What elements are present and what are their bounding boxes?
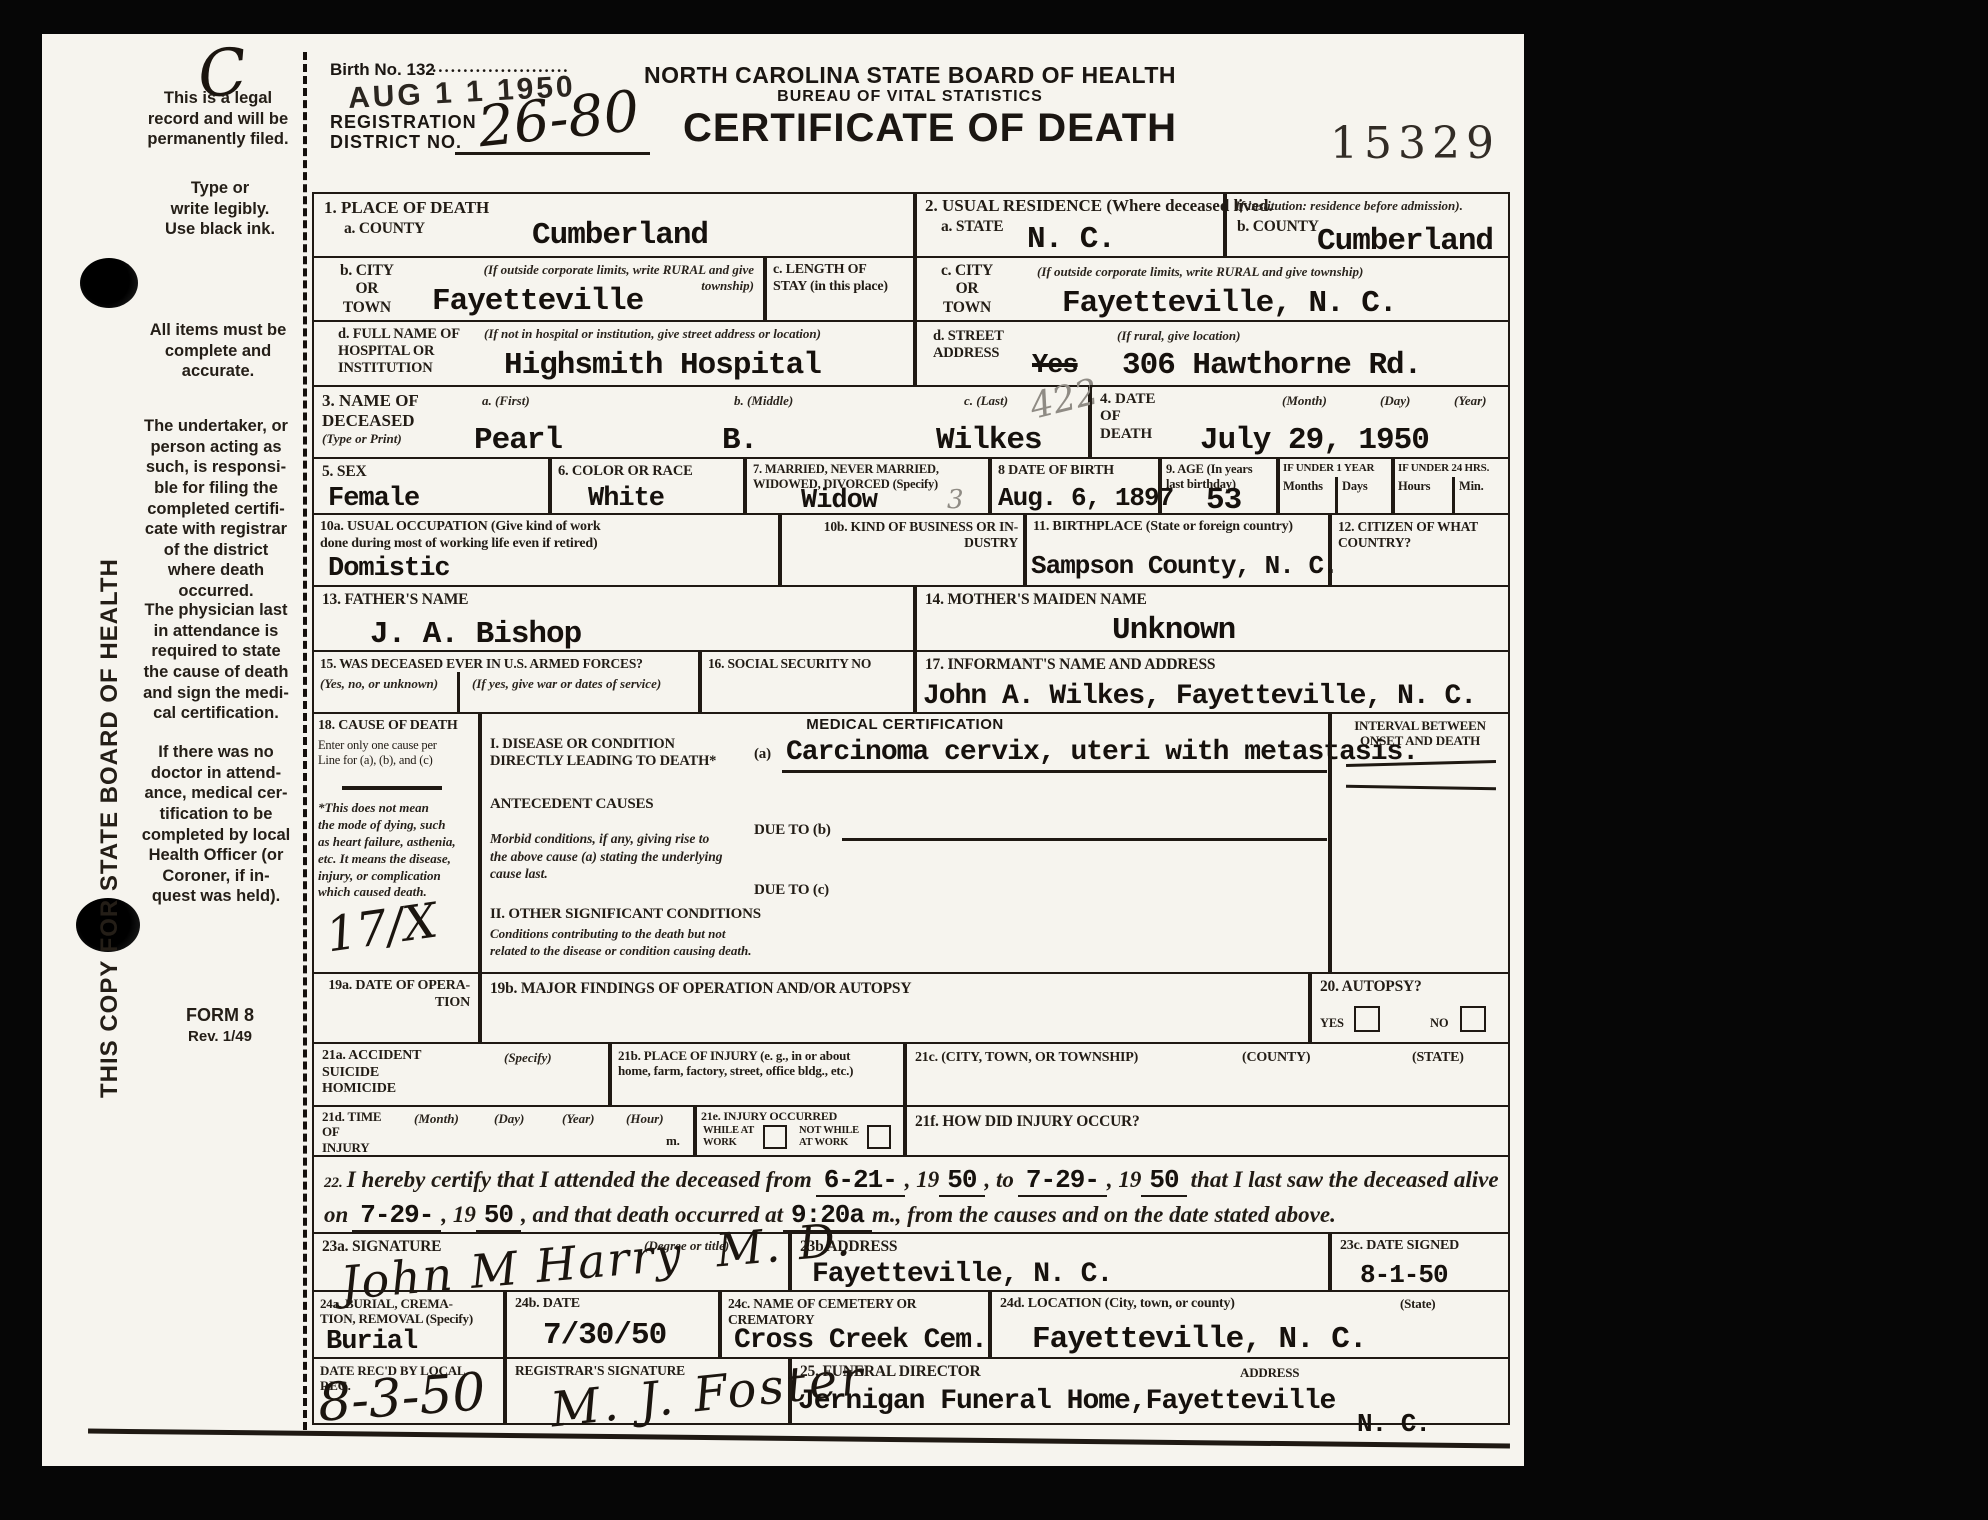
cell-kind-of-business: 10b. KIND OF BUSINESS OR IN- DUSTRY — [780, 513, 1025, 587]
toi-month: (Month) — [414, 1111, 459, 1127]
race-label: 6. COLOR OR RACE — [558, 463, 693, 480]
residence-county-label: b. COUNTY — [1237, 218, 1319, 236]
cause-one-per-line: Enter only one cause per Line for (a), (… — [318, 738, 437, 768]
place-of-injury-label: 21b. PLACE OF INJURY (e. g., in or about… — [618, 1048, 853, 1079]
cell-marital-status: 7. MARRIED, NEVER MARRIED, WIDOWED, DIVO… — [745, 457, 990, 515]
residence-city-hint: (If outside corporate limits, write RURA… — [1037, 264, 1477, 280]
birth-no-label: Birth No. 132 — [330, 60, 435, 80]
marital-value: Widow — [801, 487, 877, 515]
cell-funeral-director: 25. FUNERAL DIRECTOR ADDRESS Jernigan Fu… — [790, 1357, 1510, 1425]
major-findings-label: 19b. MAJOR FINDINGS OF OPERATION AND/OR … — [490, 980, 911, 998]
cell-interval: INTERVAL BETWEEN ONSET AND DEATH — [1330, 712, 1510, 974]
how-injury-label: 21f. HOW DID INJURY OCCUR? — [915, 1113, 1140, 1131]
cause-col-rule — [342, 786, 442, 790]
form-revision: Rev. 1/49 — [160, 1028, 280, 1047]
cell-burial: 24a. BURIAL, CREMA- TION, REMOVAL (Speci… — [312, 1290, 505, 1359]
street-address-hint: (If rural, give location) — [1117, 328, 1241, 344]
middle-name-label: b. (Middle) — [734, 393, 793, 409]
accident-label: 21a. ACCIDENT SUICIDE HOMICIDE — [322, 1048, 421, 1098]
registration-label: REGISTRATION — [330, 112, 477, 133]
birthplace-value: Sampson County, N. C. — [1031, 553, 1338, 580]
certify-text-2: , 19 — [905, 1167, 940, 1192]
cause-a-tag: (a) — [754, 746, 771, 764]
cell-occupation: 10a. USUAL OCCUPATION (Give kind of work… — [312, 513, 780, 587]
last-name-value: Wilkes — [936, 425, 1042, 458]
sex-label: 5. SEX — [322, 463, 366, 481]
autopsy-label: 20. AUTOPSY? — [1320, 978, 1422, 996]
autopsy-yes-label: YES — [1320, 1016, 1344, 1031]
not-while-at-work-checkbox — [867, 1125, 891, 1149]
margin-note-legal: This is a legal record and will be perma… — [138, 88, 298, 150]
margin-note-undertaker: The undertaker, or person acting as such… — [134, 416, 298, 602]
signer-address-label: 23b ADDRESS — [800, 1238, 897, 1256]
burial-date-value: 7/30/50 — [543, 1320, 666, 1353]
injury-county-label: (COUNTY) — [1242, 1050, 1310, 1067]
funeral-address-label: ADDRESS — [1240, 1365, 1299, 1380]
cell-date-signed: 23c. DATE SIGNED 8-1-50 — [1330, 1232, 1510, 1292]
due-to-b-line — [842, 838, 1327, 841]
morbid-note: Morbid conditions, if any, giving rise t… — [490, 830, 723, 883]
state-value: N. C. — [1027, 224, 1115, 257]
injury-occurred-label: 21e. INJURY OCCURRED — [701, 1109, 837, 1123]
bureau-subtitle: BUREAU OF VITAL STATISTICS — [560, 88, 1260, 106]
occupation-value: Domistic — [328, 555, 450, 583]
cell-color-or-race: 6. COLOR OR RACE White — [550, 457, 745, 515]
cell-date-of-death: 4. DATE OF DEATH (Month) (Day) (Year) Ju… — [1090, 385, 1510, 459]
certify-from-date: 6-21- — [816, 1165, 905, 1197]
cell-how-injury-occurred: 21f. HOW DID INJURY OCCUR? — [905, 1105, 1510, 1157]
cell-time-of-injury: 21d. TIME OF INJURY (Month) (Day) (Year)… — [312, 1105, 695, 1157]
cell-informant: 17. INFORMANT'S NAME AND ADDRESS John A.… — [915, 650, 1510, 714]
form-number: FORM 8 — [160, 1004, 280, 1027]
district-no-label: DISTRICT NO. — [330, 132, 462, 153]
citizen-label: 12. CITIZEN OF WHAT COUNTRY? — [1338, 519, 1478, 551]
under1yr-divider — [1335, 477, 1338, 514]
months-label: Months — [1283, 479, 1323, 494]
under24-label: IF UNDER 24 HRS. — [1398, 462, 1489, 475]
min-label: Min. — [1459, 479, 1484, 494]
mother-value: Unknown — [1112, 615, 1235, 648]
burial-date-label: 24b. DATE — [515, 1296, 580, 1313]
cell-father-name: 13. FATHER'S NAME J. A. Bishop — [312, 585, 915, 652]
place-of-death-label: 1. PLACE OF DEATH — [324, 198, 489, 218]
institution-hint: If institution: residence before admissi… — [1235, 198, 1505, 214]
days-label: Days — [1342, 479, 1368, 494]
toi-m-suffix: m. — [666, 1133, 680, 1148]
interval-label: INTERVAL BETWEEN ONSET AND DEATH — [1336, 718, 1504, 749]
certify-alive-date: 7-29- — [352, 1200, 441, 1232]
street-address-value: 306 Hawthorne Rd. — [1122, 350, 1421, 383]
time-of-injury-label: 21d. TIME OF INJURY — [322, 1109, 381, 1155]
certify-text-1: I hereby certify that I attended the dec… — [347, 1167, 812, 1192]
burial-label: 24a. BURIAL, CREMA- TION, REMOVAL (Speci… — [320, 1296, 473, 1327]
injury-state-label: (STATE) — [1412, 1050, 1464, 1067]
cell-burial-date: 24b. DATE 7/30/50 — [505, 1290, 720, 1359]
city-value: Fayetteville — [432, 286, 643, 319]
middle-name-value: B. — [722, 425, 757, 458]
cell-certify-statement: 22. I hereby certify that I attended the… — [312, 1155, 1510, 1234]
accident-specify-hint: (Specify) — [504, 1050, 552, 1066]
certify-to-date: 7-29- — [1018, 1165, 1107, 1197]
cell-cemetery: 24c. NAME OF CEMETERY OR CREMATORY Cross… — [720, 1290, 990, 1359]
dob-value: Aug. 6, 1897 — [998, 485, 1173, 512]
residence-city-label: c. CITY OR TOWN — [941, 262, 993, 317]
death-certificate-scan: C This is a legal record and will be per… — [0, 0, 1988, 1520]
occupation-label: 10a. USUAL OCCUPATION (Give kind of work… — [320, 519, 600, 552]
date-signed-label: 23c. DATE SIGNED — [1340, 1238, 1459, 1255]
cell-ssn: 16. SOCIAL SECURITY NO — [700, 650, 915, 714]
interval-line2 — [1346, 785, 1496, 790]
cell-name-of-deceased: 3. NAME OF DECEASED (Type or Print) a. (… — [312, 385, 1090, 459]
first-name-value: Pearl — [474, 425, 562, 458]
toi-hour: (Hour) — [626, 1111, 664, 1127]
armed-forces-divider — [457, 672, 460, 713]
informant-label: 17. INFORMANT'S NAME AND ADDRESS — [925, 656, 1215, 674]
date-of-death-value: July 29, 1950 — [1200, 425, 1429, 458]
cell-if-under-1-year: IF UNDER 1 YEAR Months Days — [1278, 457, 1393, 515]
cause-a-underline — [782, 770, 1327, 773]
date-received-value: 8-3-50 — [316, 1366, 487, 1430]
last-name-label: c. (Last) — [964, 393, 1008, 409]
toi-year: (Year) — [562, 1111, 595, 1127]
residence-city-value: Fayetteville, N. C. — [1062, 288, 1396, 321]
business-label: 10b. KIND OF BUSINESS OR IN- DUSTRY — [788, 519, 1018, 551]
sex-value: Female — [328, 485, 419, 513]
other-conditions-label: II. OTHER SIGNIFICANT CONDITIONS — [490, 906, 761, 924]
cell-if-under-24-hrs: IF UNDER 24 HRS. Hours Min. — [1393, 457, 1510, 515]
ssn-label: 16. SOCIAL SECURITY NO — [708, 656, 871, 672]
under1yr-label: IF UNDER 1 YEAR — [1283, 462, 1374, 475]
cell-autopsy: 20. AUTOPSY? YES NO — [1310, 972, 1510, 1044]
cell-accident-suicide: 21a. ACCIDENT SUICIDE HOMICIDE (Specify) — [312, 1042, 610, 1107]
cell-city-of-death: b. CITY OR TOWN (If outside corporate li… — [312, 256, 765, 322]
date-of-death-label: 4. DATE OF DEATH — [1100, 391, 1156, 443]
birthplace-label: 11. BIRTHPLACE (State or foreign country… — [1033, 519, 1293, 536]
signer-address-value: Fayetteville, N. C. — [812, 1260, 1112, 1289]
name-label: 3. NAME OF DECEASED — [322, 391, 419, 430]
certify-to-year: 50 — [1141, 1165, 1186, 1197]
autopsy-yes-checkbox — [1354, 1006, 1380, 1032]
not-while-at-work-label: NOT WHILE AT WORK — [799, 1125, 859, 1150]
cell-injury-city: 21c. (CITY, TOWN, OR TOWNSHIP) (COUNTY) … — [905, 1042, 1510, 1107]
other-conditions-note: Conditions contributing to the death but… — [490, 926, 751, 960]
while-at-work-checkbox — [763, 1125, 787, 1149]
county-label: a. COUNTY — [344, 220, 425, 238]
cell-length-of-stay: c. LENGTH OF STAY (in this place) — [765, 256, 915, 322]
certify-alive-year: 50 — [476, 1200, 521, 1232]
armed-forces-hint2: (If yes, give war or dates of service) — [472, 676, 661, 692]
cell-injury-occurred: 21e. INJURY OCCURRED WHILE AT WORK NOT W… — [695, 1105, 905, 1157]
cell-cause-of-death-col: 18. CAUSE OF DEATH Enter only one cause … — [312, 712, 480, 974]
burial-value: Burial — [326, 1328, 417, 1356]
dod-day-label: (Day) — [1380, 393, 1410, 409]
mother-label: 14. MOTHER'S MAIDEN NAME — [925, 591, 1147, 609]
funeral-director-state: N. C. — [1357, 1411, 1430, 1438]
certify-number: 22. — [324, 1175, 343, 1191]
while-at-work-label: WHILE AT WORK — [703, 1125, 754, 1150]
pencil-mark-marital: 3 — [947, 487, 964, 513]
father-value: J. A. Bishop — [370, 619, 581, 652]
funeral-director-value: Jernigan Funeral Home,Fayetteville — [798, 1387, 1335, 1416]
autopsy-no-label: NO — [1430, 1016, 1448, 1031]
cell-residence-state: 2. USUAL RESIDENCE (Where deceased lived… — [915, 192, 1225, 258]
cemetery-state-label: (State) — [1400, 1296, 1435, 1311]
cell-place-of-injury: 21b. PLACE OF INJURY (e. g., in or about… — [610, 1042, 905, 1107]
name-hint: (Type or Print) — [322, 431, 402, 447]
city-label: b. CITY OR TOWN — [340, 262, 394, 317]
hospital-hint: (If not in hospital or institution, give… — [484, 326, 904, 342]
cause-footnote: *This does not mean the mode of dying, s… — [318, 800, 456, 901]
informant-value: John A. Wilkes, Fayetteville, N. C. — [923, 682, 1476, 711]
due-to-b-label: DUE TO (b) — [754, 822, 831, 840]
cell-date-of-birth: 8 DATE OF BIRTH Aug. 6, 1897 — [990, 457, 1160, 515]
margin-divider — [303, 52, 307, 1430]
certify-text-4: , 19 — [1107, 1167, 1142, 1192]
race-value: White — [588, 485, 664, 513]
first-name-label: a. (First) — [482, 393, 530, 409]
cell-medical-certification: MEDICAL CERTIFICATION I. DISEASE OR COND… — [480, 712, 1330, 974]
armed-forces-label: 15. WAS DECEASED EVER IN U.S. ARMED FORC… — [320, 656, 690, 672]
cause-of-death-label: 18. CAUSE OF DEATH — [318, 718, 458, 735]
father-label: 13. FATHER'S NAME — [322, 591, 468, 609]
cell-major-findings: 19b. MAJOR FINDINGS OF OPERATION AND/OR … — [480, 972, 1310, 1044]
cause-a-value: Carcinoma cervix, uteri with metastasis. — [786, 738, 1418, 767]
cell-hospital: d. FULL NAME OF HOSPITAL OR INSTITUTION … — [312, 320, 915, 387]
cell-mother-name: 14. MOTHER'S MAIDEN NAME Unknown — [915, 585, 1510, 652]
cell-sex: 5. SEX Female — [312, 457, 550, 515]
date-of-operation-label: 19a. DATE OF OPERA- TION — [320, 978, 470, 1011]
dob-label: 8 DATE OF BIRTH — [998, 463, 1114, 480]
injury-city-label: 21c. (CITY, TOWN, OR TOWNSHIP) — [915, 1050, 1138, 1067]
cemetery-location-value: Fayetteville, N. C. — [1032, 1324, 1366, 1357]
cemetery-label: 24c. NAME OF CEMETERY OR CREMATORY — [728, 1296, 988, 1328]
cell-date-of-operation: 19a. DATE OF OPERA- TION — [312, 972, 480, 1044]
certify-text-3: , to — [985, 1167, 1014, 1192]
vertical-copy-text: THIS COPY FOR STATE BOARD OF HEALTH — [96, 408, 124, 1098]
cell-age: 9. AGE (In years last birthday) 53 — [1160, 457, 1278, 515]
due-to-c-label: DUE TO (c) — [754, 882, 829, 900]
handwritten-mark-17x: 17/X — [323, 896, 440, 959]
cell-citizen: 12. CITIZEN OF WHAT COUNTRY? — [1330, 513, 1510, 587]
county-value: Cumberland — [532, 220, 708, 253]
dod-year-label: (Year) — [1454, 393, 1487, 409]
cell-street-address: d. STREET ADDRESS (If rural, give locati… — [915, 320, 1510, 387]
hospital-label: d. FULL NAME OF HOSPITAL OR INSTITUTION — [338, 326, 460, 377]
street-address-label: d. STREET ADDRESS — [933, 328, 1004, 362]
interval-line1 — [1346, 760, 1496, 766]
toi-day: (Day) — [494, 1111, 524, 1127]
length-of-stay-label: c. LENGTH OF STAY (in this place) — [773, 262, 888, 295]
punch-hole-top — [80, 258, 138, 308]
cell-signer-address: 23b ADDRESS Fayetteville, N. C. — [790, 1232, 1330, 1292]
cell-residence-county: If institution: residence before admissi… — [1225, 192, 1510, 258]
armed-forces-hint1: (Yes, no, or unknown) — [320, 676, 438, 692]
hospital-value: Highsmith Hospital — [504, 350, 821, 383]
under24-divider — [1452, 477, 1455, 514]
cell-birthplace: 11. BIRTHPLACE (State or foreign country… — [1025, 513, 1330, 587]
disease-condition-label: I. DISEASE OR CONDITION DIRECTLY LEADING… — [490, 736, 716, 770]
certificate-title: CERTIFICATE OF DEATH — [620, 106, 1240, 151]
state-label: a. STATE — [941, 218, 1003, 236]
cemetery-location-label: 24d. LOCATION (City, town, or county) — [1000, 1296, 1235, 1313]
district-no-underline — [455, 152, 650, 155]
certificate-number: 15329 — [1330, 118, 1500, 169]
certify-text-8: m., from the causes and on the date stat… — [872, 1202, 1336, 1227]
certify-text-6: , 19 — [441, 1202, 476, 1227]
margin-note-no-doctor: If there was no doctor in attend- ance, … — [134, 742, 298, 907]
cell-residence-city: c. CITY OR TOWN (If outside corporate li… — [915, 256, 1510, 322]
cell-place-of-death: 1. PLACE OF DEATH a. COUNTY Cumberland — [312, 192, 915, 258]
hours-label: Hours — [1398, 479, 1430, 494]
autopsy-no-checkbox — [1460, 1006, 1486, 1032]
cell-armed-forces: 15. WAS DECEASED EVER IN U.S. ARMED FORC… — [312, 650, 700, 714]
certify-from-year: 50 — [939, 1165, 984, 1197]
dod-month-label: (Month) — [1282, 393, 1327, 409]
antecedent-label: ANTECEDENT CAUSES — [490, 796, 653, 814]
margin-note-physician: The physician last in attendance is requ… — [134, 600, 298, 724]
cell-cemetery-location: 24d. LOCATION (City, town, or county) (S… — [990, 1290, 1510, 1359]
board-title: NORTH CAROLINA STATE BOARD OF HEALTH — [560, 62, 1260, 89]
margin-note-complete: All items must be complete and accurate. — [138, 320, 298, 382]
date-signed-value: 8-1-50 — [1360, 1262, 1448, 1289]
medical-certification-title: MEDICAL CERTIFICATION — [482, 716, 1328, 733]
residence-county-value: Cumberland — [1317, 226, 1493, 259]
margin-note-legibly: Type or write legibly. Use black ink. — [150, 178, 290, 240]
funeral-director-label: 25. FUNERAL DIRECTOR — [800, 1363, 980, 1381]
